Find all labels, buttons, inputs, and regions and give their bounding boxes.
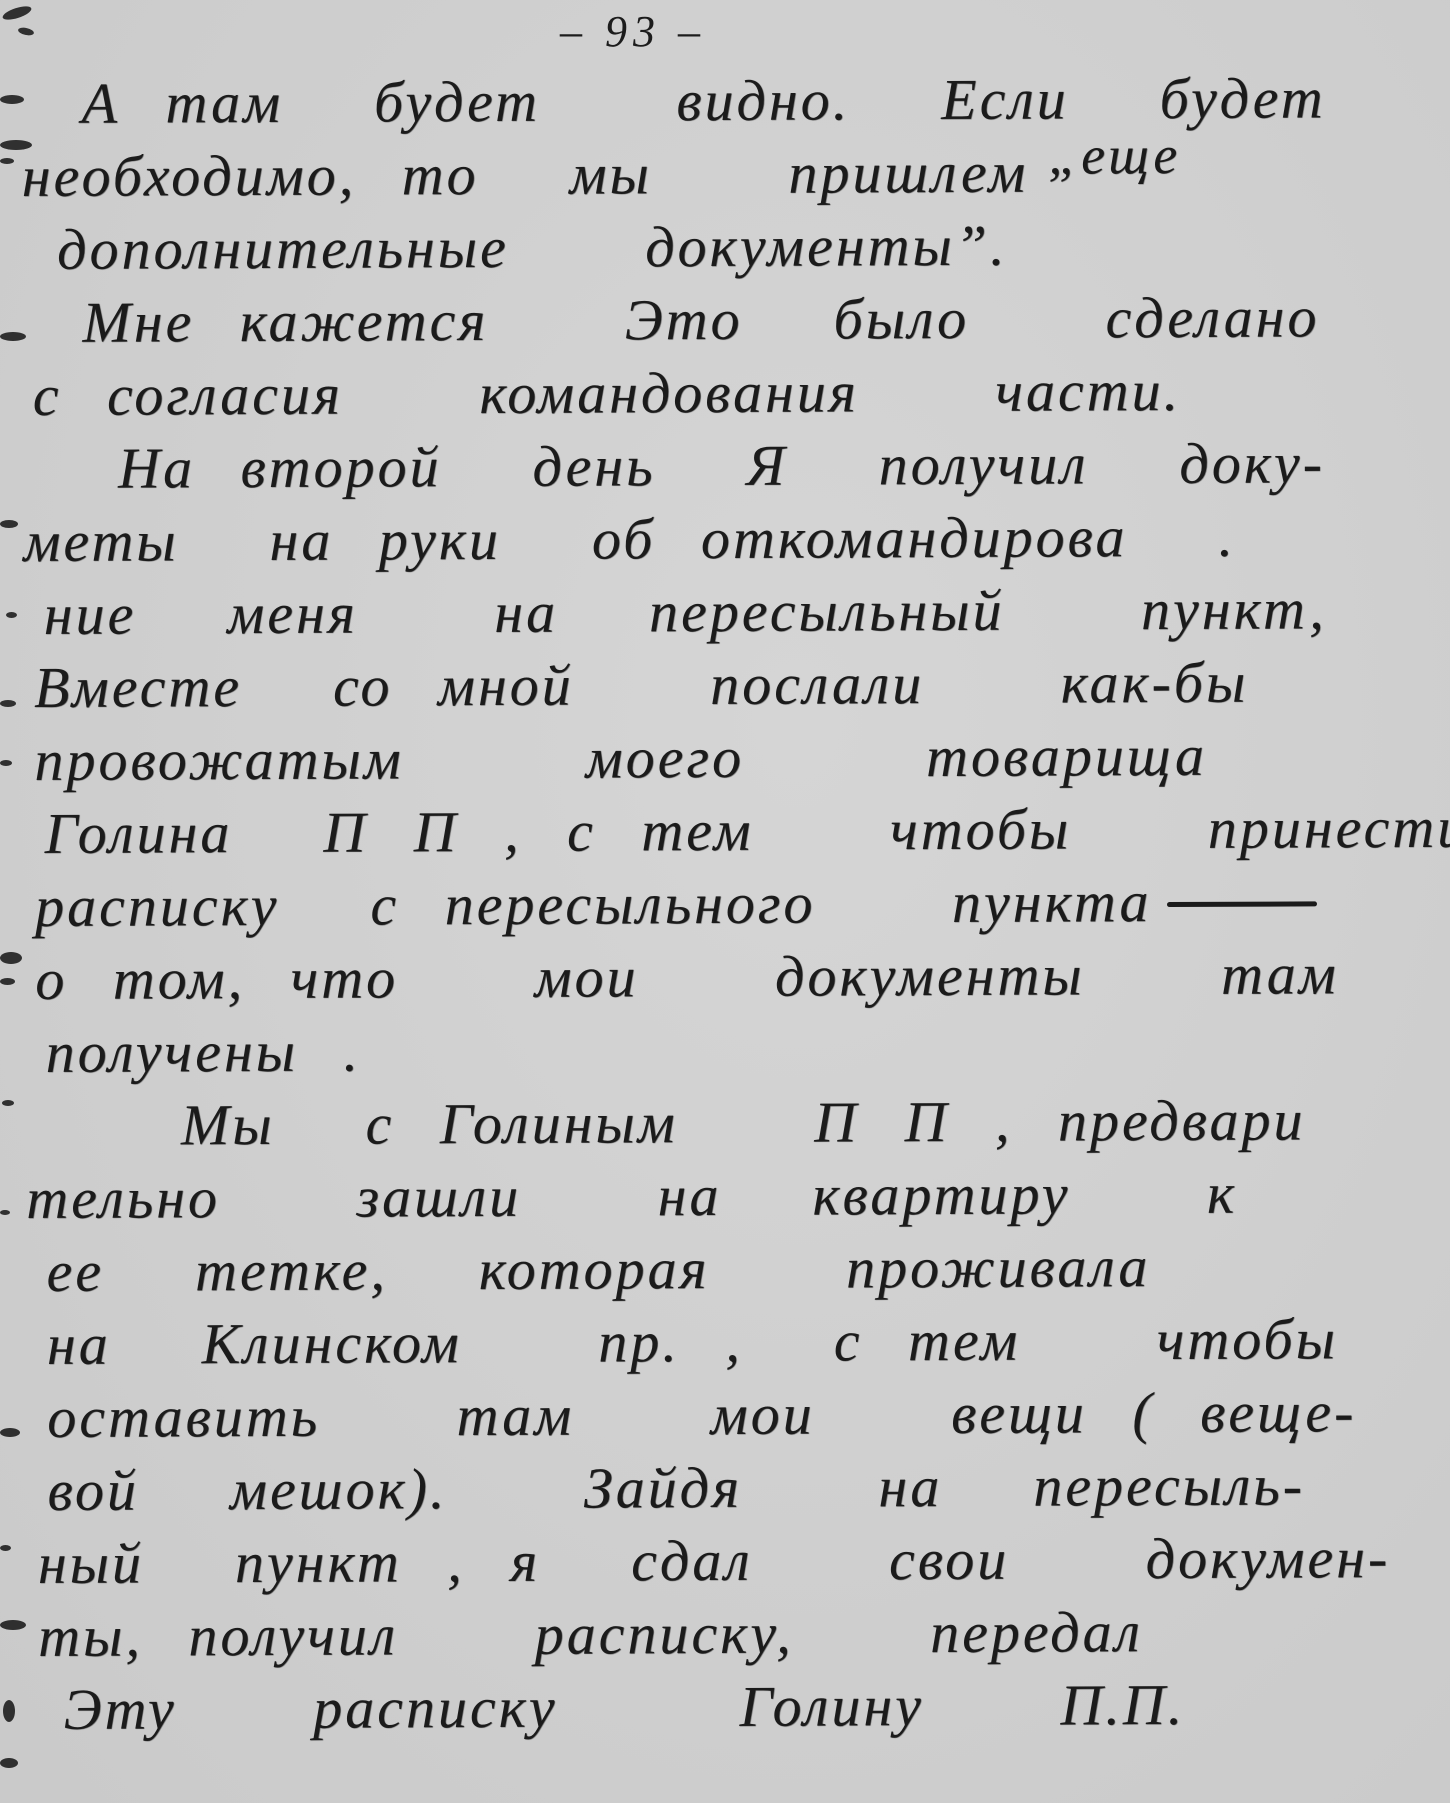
- manuscript-line: оставить там мои вещи ( веще-: [47, 1375, 1450, 1454]
- manuscript-line: меты на руки об откомандирова .: [23, 499, 1448, 578]
- manuscript-line-text: расписку с пересыльного пункта: [35, 869, 1152, 939]
- manuscript-line: Голина П П , с тем чтобы принести: [45, 791, 1450, 870]
- manuscript-line: необходимо, то мы пришлем„еще: [22, 134, 1447, 213]
- page-number: – 93 –: [560, 6, 706, 57]
- manuscript-line: Мне кажется Это было сделано: [82, 280, 1447, 359]
- scan-artifact: [0, 1758, 18, 1768]
- manuscript-line: с согласия командования части.: [33, 353, 1448, 432]
- manuscript-line: На второй день Я получил доку-: [118, 426, 1448, 505]
- manuscript-line: ты, получил расписку, передал: [38, 1594, 1450, 1673]
- manuscript-line: о том, что мои документы там: [35, 937, 1450, 1016]
- filler-stroke: [1167, 901, 1317, 907]
- manuscript-line: на Клинском пр. , с тем чтобы: [47, 1302, 1450, 1381]
- manuscript-line-text: необходимо, то мы пришлем: [22, 140, 1029, 209]
- manuscript-text-block: А там будет видно. Если будет необходимо…: [0, 61, 1450, 1746]
- manuscript-line: тельно зашли на квартиру к: [26, 1156, 1450, 1235]
- manuscript-line: Эту расписку Голину П.П.: [63, 1667, 1450, 1746]
- manuscript-line: дополнительные документы”.: [57, 207, 1447, 286]
- manuscript-line: А там будет видно. Если будет: [81, 61, 1446, 140]
- inserted-word: „еще: [1048, 125, 1180, 186]
- manuscript-line: вой мешок). Зайдя на пересыль-: [47, 1448, 1450, 1527]
- manuscript-line: ный пункт , я сдал свои докумен-: [38, 1521, 1450, 1600]
- manuscript-line: ние меня на пересыльный пункт,: [44, 572, 1449, 651]
- manuscript-line: получены .: [45, 1010, 1450, 1089]
- manuscript-line: Мы с Голиным П П , предвари: [181, 1083, 1450, 1162]
- manuscript-line: расписку с пересыльного пункта: [35, 864, 1450, 943]
- manuscript-line: Вместе со мной послали как-бы: [34, 645, 1449, 724]
- manuscript-line: провожатым моего товарища: [34, 718, 1449, 797]
- manuscript-line: ее тетке, которая проживала: [46, 1229, 1450, 1308]
